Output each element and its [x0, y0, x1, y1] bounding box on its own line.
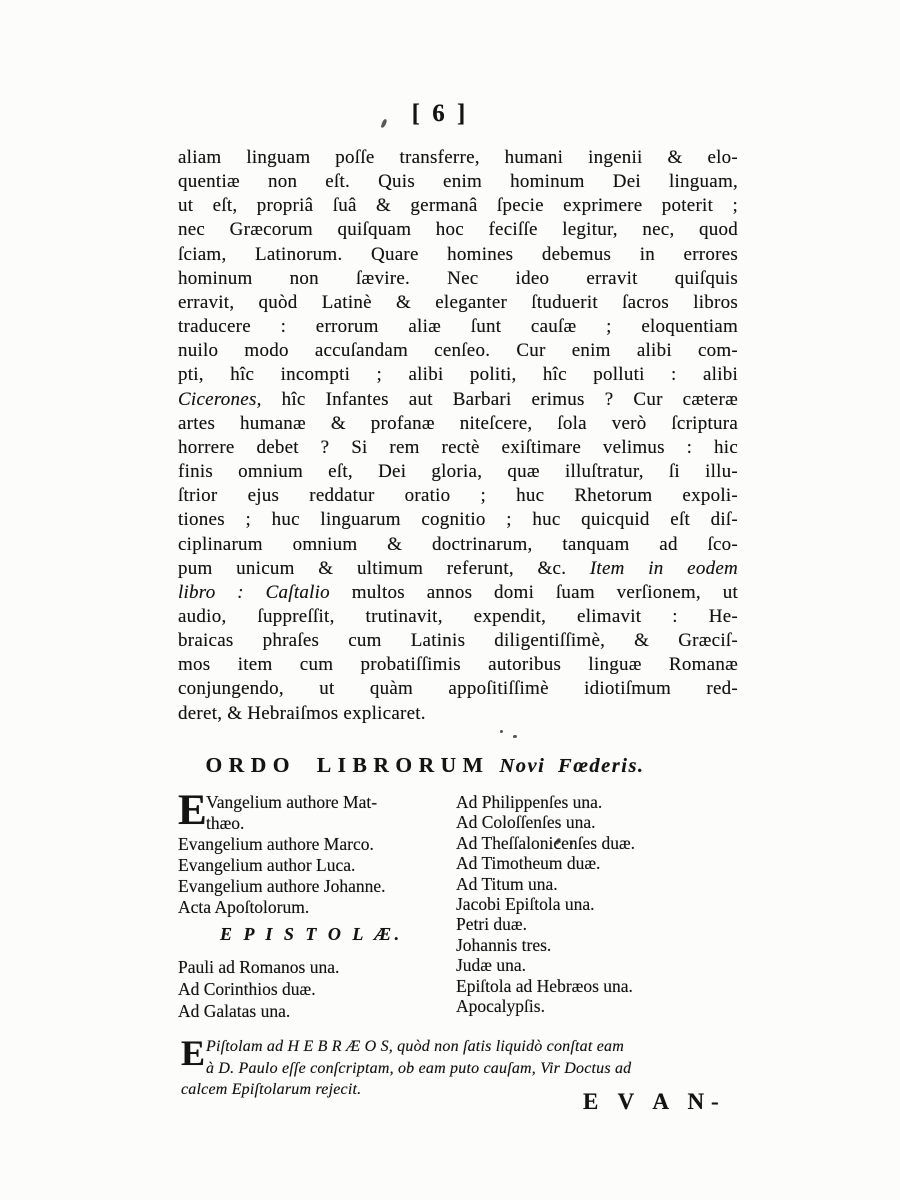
gospels-list: Evangelium authore Marco.Evangelium auth…: [178, 834, 450, 918]
roman-text: ut eſt, propriâ ſuâ & germanâ ſpecie exp…: [178, 195, 738, 216]
roman-text: artes humanæ & profanæ niteſcere, ſola v…: [178, 413, 738, 434]
body-text-line: conjungendo, ut quàm appoſitiſſimè idiot…: [178, 677, 738, 701]
footnote-line: à D. Paulo eſſe conſcriptam, ob eam puto…: [181, 1058, 743, 1080]
right-column: Ad Philippenſes una.Ad Coloſſenſes una.A…: [456, 792, 746, 1016]
list-item: Ad Philippenſes una.: [456, 792, 746, 812]
dropcap-initial: E: [178, 792, 206, 832]
page-number: [ 6 ]: [160, 100, 720, 128]
body-text-line: libro : Caſtalio multos annos domi ſuam …: [178, 581, 738, 605]
body-text-line: ſtrior ejus reddatur oratio ; huc Rhetor…: [178, 484, 738, 508]
footnote-line: Piſtolam ad H E B R Æ O S, quòd non ſati…: [181, 1036, 743, 1058]
body-text-line: pum unicum & ultimum referunt, &c. Item …: [178, 557, 738, 581]
list-item: Pauli ad Romanos una.: [178, 956, 450, 978]
roman-text: nuilo modo accuſandam cenſeo. Cur enim a…: [178, 340, 738, 361]
roman-text: deret, & Hebraiſmos explicaret.: [178, 703, 426, 724]
roman-text: ſciam, Latinorum. Quare homines debemus …: [178, 244, 738, 265]
body-text-line: ciplinarum omnium & doctrinarum, tanquam…: [178, 533, 738, 557]
roman-text: multos annos domi ſuam verſionem, ut: [330, 582, 738, 603]
body-text-line: artes humanæ & profanæ niteſcere, ſola v…: [178, 412, 738, 436]
roman-text: pti, hîc incompti ; alibi politi, hîc po…: [178, 364, 738, 385]
roman-text: horrere debet ? Si rem rectè exiſtimare …: [178, 437, 738, 458]
roman-text: ſtrior ejus reddatur oratio ; huc Rhetor…: [178, 485, 738, 506]
section-heading-caps: ORDO LIBRORUM: [205, 753, 489, 777]
section-heading-subtitle: Novi Fœderis.: [499, 755, 644, 777]
body-text-line: audio, ſuppreſſit, trutinavit, expendit,…: [178, 605, 738, 629]
list-item: Ad Coloſſenſes una.: [456, 812, 746, 832]
body-text-line: deret, & Hebraiſmos explicaret.: [178, 702, 738, 726]
list-item: Acta Apoſtolorum.: [178, 897, 450, 918]
italic-text: Cicerones,: [178, 389, 262, 410]
roman-text: tiones ; huc linguarum cognitio ; huc qu…: [178, 509, 738, 530]
roman-text: hominum non ſævire. Nec ideo erravit qui…: [178, 268, 738, 289]
footnote-dropcap: E: [181, 1036, 206, 1076]
roman-text: audio, ſuppreſſit, trutinavit, expendit,…: [178, 606, 738, 627]
body-text-line: quentiæ non eſt. Quis enim hominum Dei l…: [178, 170, 738, 194]
body-text-line: ſciam, Latinorum. Quare homines debemus …: [178, 243, 738, 267]
roman-text: finis omnium eſt, Dei gloria, quæ illuſt…: [178, 461, 738, 482]
list-item: Petri duæ.: [456, 914, 746, 934]
list-item: Judæ una.: [456, 955, 746, 975]
body-text-line: mos item cum probatiſſimis autoribus lin…: [178, 653, 738, 677]
catchword: E V A N-: [583, 1089, 726, 1115]
body-text-line: finis omnium eſt, Dei gloria, quæ illuſt…: [178, 460, 738, 484]
list-item: Evangelium authore Johanne.: [178, 876, 450, 897]
list-item: Ad Galatas una.: [178, 1000, 450, 1022]
italic-text: libro : Caſtalio: [178, 582, 330, 603]
list-item: Ad Titum una.: [456, 874, 746, 894]
body-text-line: horrere debet ? Si rem rectè exiſtimare …: [178, 436, 738, 460]
list-item: Evangelium author Luca.: [178, 855, 450, 876]
italic-text: Item in eodem: [590, 558, 738, 579]
epistles-list-left: Pauli ad Romanos una.Ad Corinthios duæ.A…: [178, 956, 450, 1022]
body-text-line: braicas phraſes cum Latinis diligentiſſi…: [178, 629, 738, 653]
roman-text: traducere : errorum aliæ ſunt cauſæ ; el…: [178, 316, 738, 337]
list-item: Epiſtola ad Hebræos una.: [456, 976, 746, 996]
body-text-line: hominum non ſævire. Nec ideo erravit qui…: [178, 267, 738, 291]
body-text-line: Cicerones, hîc Infantes aut Barbari erim…: [178, 388, 738, 412]
body-text-line: erravit, quòd Latinè & eleganter ſtuduer…: [178, 291, 738, 315]
epistolae-heading: E P I S T O L Æ.: [220, 924, 450, 945]
section-heading: ORDO LIBRORUMNovi Fœderis.: [145, 753, 705, 778]
body-text-line: nuilo modo accuſandam cenſeo. Cur enim a…: [178, 339, 738, 363]
scan-speckle: [513, 735, 517, 738]
list-item: Ad Theſſalonicenſes duæ.: [456, 833, 746, 853]
list-item: Vangelium authore Mat-: [178, 792, 450, 813]
list-item: thæo.: [178, 813, 450, 834]
roman-text: braicas phraſes cum Latinis diligentiſſi…: [178, 630, 738, 651]
roman-text: mos item cum probatiſſimis autoribus lin…: [178, 654, 738, 675]
roman-text: nec Græcorum quiſquam hoc feciſſe legitu…: [178, 219, 738, 240]
scan-speckle: [500, 730, 503, 733]
roman-text: erravit, quòd Latinè & eleganter ſtuduer…: [178, 292, 738, 313]
roman-text: ciplinarum omnium & doctrinarum, tanquam…: [178, 534, 738, 555]
roman-text: hîc Infantes aut Barbari erimus ? Cur cæ…: [262, 389, 738, 410]
body-text-line: tiones ; huc linguarum cognitio ; huc qu…: [178, 508, 738, 532]
list-item: Evangelium authore Marco.: [178, 834, 450, 855]
roman-text: quentiæ non eſt. Quis enim hominum Dei l…: [178, 171, 738, 192]
body-text-line: pti, hîc incompti ; alibi politi, hîc po…: [178, 363, 738, 387]
list-item: Apocalypſis.: [456, 996, 746, 1016]
body-text-line: ut eſt, propriâ ſuâ & germanâ ſpecie exp…: [178, 194, 738, 218]
body-text-line: traducere : errorum aliæ ſunt cauſæ ; el…: [178, 315, 738, 339]
body-paragraph: aliam linguam poſſe transferre, humani i…: [178, 146, 738, 726]
left-column: E Vangelium authore Mat- thæo. Evangeliu…: [178, 792, 450, 1022]
list-item: Johannis tres.: [456, 935, 746, 955]
list-item: Ad Timotheum duæ.: [456, 853, 746, 873]
roman-text: conjungendo, ut quàm appoſitiſſimè idiot…: [178, 678, 738, 699]
list-item: Ad Corinthios duæ.: [178, 978, 450, 1000]
body-text-line: nec Græcorum quiſquam hoc feciſſe legitu…: [178, 218, 738, 242]
roman-text: aliam linguam poſſe transferre, humani i…: [178, 147, 738, 168]
scanned-book-page: [ 6 ] aliam linguam poſſe transferre, hu…: [0, 0, 900, 1200]
body-text-line: aliam linguam poſſe transferre, humani i…: [178, 146, 738, 170]
roman-text: pum unicum & ultimum referunt, &c.: [178, 558, 590, 579]
list-item: Jacobi Epiſtola una.: [456, 894, 746, 914]
